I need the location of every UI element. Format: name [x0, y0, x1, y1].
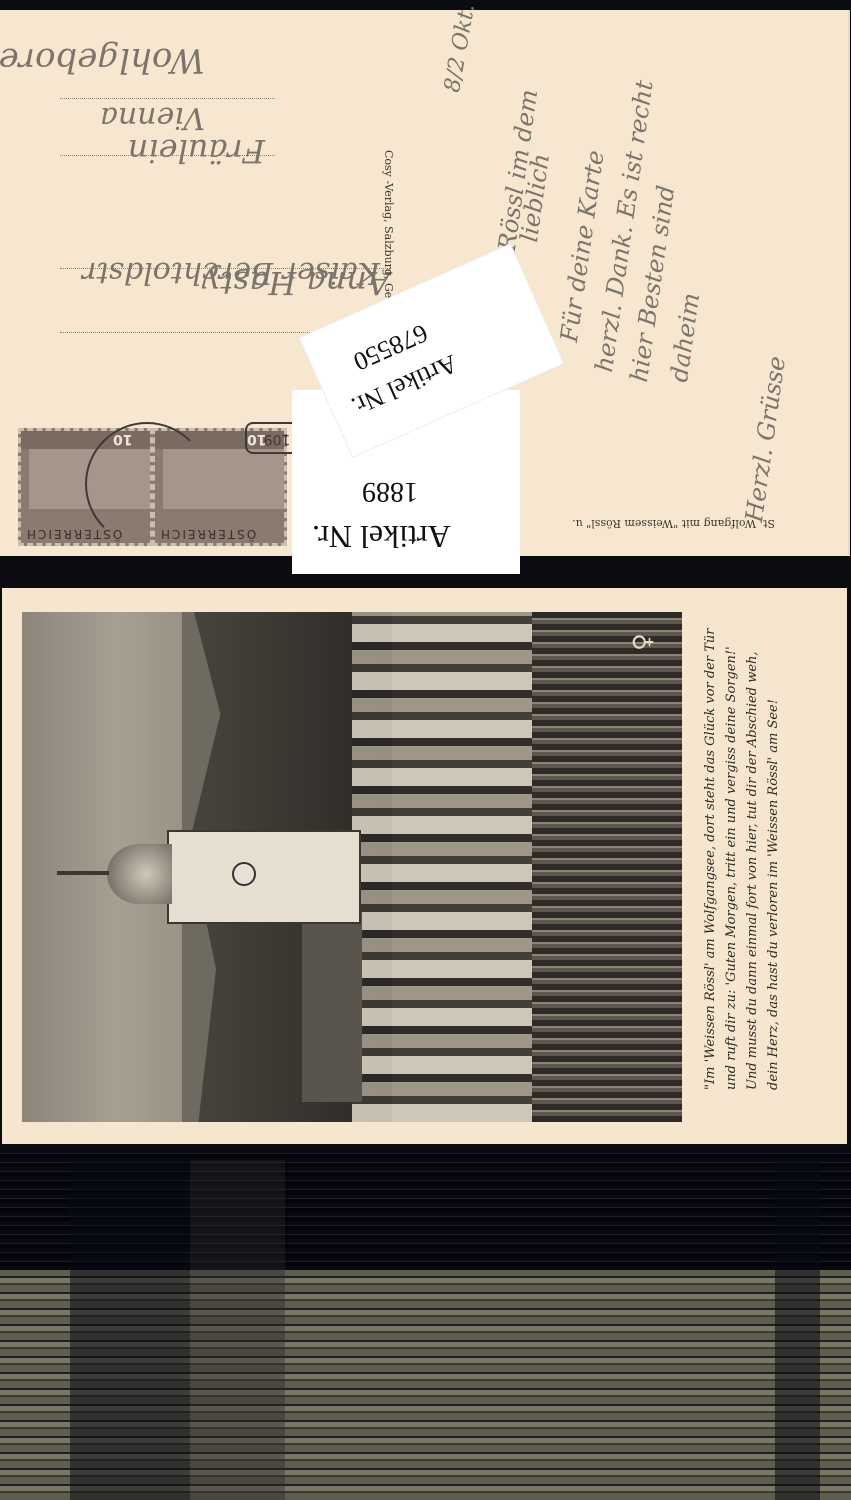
- message-line: Herzl. Grüsse: [740, 355, 791, 524]
- address-dotted-line: [60, 155, 275, 156]
- article-label-title: Artikel Nr.: [312, 518, 451, 555]
- poem-line: Und musst du dann einmal fort von hier, …: [742, 630, 763, 1090]
- church-nave: [302, 912, 362, 1102]
- article-number: 1889: [362, 475, 418, 507]
- message-line: daheim: [665, 291, 705, 384]
- poem-text: "Im 'Weissen Rössl' am Wolfgangsee, dort…: [700, 630, 784, 1090]
- address-dotted-line: [60, 98, 275, 99]
- address-line-4: Kaiser Berchtoldstr: [82, 255, 380, 290]
- scanner-streak-column: [190, 1160, 285, 1500]
- date-note: 8/2 Okt. 32: [440, 0, 486, 94]
- address-line-2: Fräulein: [128, 132, 265, 170]
- postmark-circle: [85, 422, 209, 546]
- address-line-5: Vienna: [100, 100, 205, 135]
- photo-lake: [532, 612, 682, 1122]
- scanner-streak-column: [70, 1160, 190, 1500]
- scanner-streak-column: [775, 1160, 820, 1500]
- photo-town: [352, 612, 542, 1122]
- address-line-1: Wohlgeboren: [0, 40, 205, 80]
- photograph: [22, 612, 682, 1122]
- church-tower: [167, 830, 361, 924]
- clock-icon: [232, 862, 256, 886]
- cosy-logo-icon: ♁: [621, 627, 659, 657]
- tower-spire: [57, 871, 109, 875]
- poem-line: dein Herz, das hast du verloren im 'Weis…: [763, 630, 784, 1090]
- poem-line: und ruft dir zu: 'Guten Morgen, tritt ei…: [721, 630, 742, 1090]
- poem-line: "Im 'Weissen Rössl' am Wolfgangsee, dort…: [700, 630, 721, 1090]
- tower-dome: [107, 844, 172, 904]
